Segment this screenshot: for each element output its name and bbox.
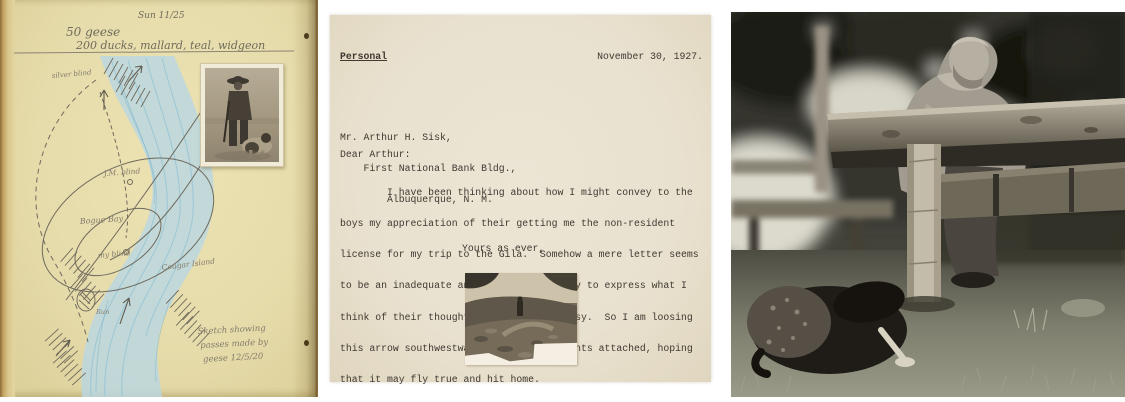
address-line: Mr. Arthur H. Sisk, [340,133,516,143]
map-label-run: Run [95,308,109,316]
map-label-jm-blind: J.M. blind [102,166,141,178]
note-line-1: Sketch showing [197,324,266,338]
map-label-my-blind: my blind [97,248,131,260]
run-pond [77,289,95,311]
jm-blind-marker [128,180,133,185]
map-label-silver-blind: silver blind [51,69,92,80]
journal-map: Sun 11/25 50 geese 200 ducks, mallard, t… [0,0,318,397]
stone [1061,299,1105,317]
map-note: Sketch showing passes made by geese 12/5… [197,323,269,365]
river-shape [81,56,213,397]
note-line-3: geese 12/5/20 [203,352,264,365]
letter-photo-gila-trail [465,273,577,365]
letter-page: Personal November 30, 1927. Mr. Arthur H… [330,15,711,382]
journal-photo-hunter-with-dog [200,63,284,167]
map-label-bogue-bay: Bogue Bay [79,214,124,226]
body-line: that it may fly true and hit home. [340,375,707,385]
photograph-man-writing-on-bench [731,12,1125,397]
salutation: Dear Arthur: [340,150,411,160]
tally-line-1: 50 geese [66,25,120,39]
journal-page: Sun 11/25 50 geese 200 ducks, mallard, t… [0,0,318,397]
note-line-2: passes made by [200,337,268,351]
bench-shadow [911,212,1125,264]
letter-date: November 30, 1927. [597,52,703,62]
archival-composite: Sun 11/25 50 geese 200 ducks, mallard, t… [0,0,1125,402]
body-line: boys my appreciation of their getting me… [340,219,707,229]
body-line: I have been thinking about how I might c… [340,188,707,198]
personal-label: Personal [340,52,387,62]
closing: Yours as ever, [462,244,544,254]
journal-date: Sun 11/25 [138,11,185,21]
letter-header: Personal November 30, 1927. [340,52,703,62]
trail-figure [517,296,523,316]
tally-line-2: 200 ducks, mallard, teal, widgeon [75,39,265,52]
shoe [951,272,995,288]
